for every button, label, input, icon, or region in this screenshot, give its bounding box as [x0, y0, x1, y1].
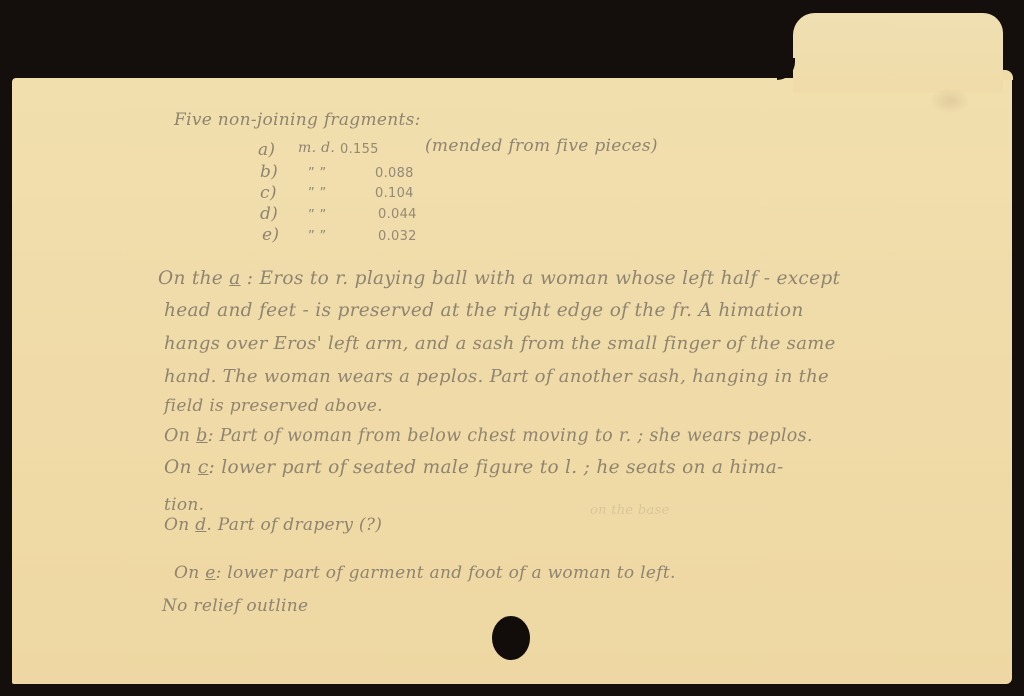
fragment-key: d [195, 515, 206, 535]
description-line: hangs over Eros' left arm, and a sash fr… [164, 333, 836, 354]
fragment-dim: ” ” [308, 186, 327, 201]
fragment-label: e) [262, 225, 279, 245]
description-line: On d. Part of drapery (?) [164, 515, 382, 535]
fragment-key: e [205, 563, 215, 583]
tab-shoulder [1001, 70, 1013, 80]
fragment-note: (mended from five pieces) [425, 136, 658, 156]
description-line: hand. The woman wears a peplos. Part of … [164, 366, 829, 387]
description-line: On b: Part of woman from below chest mov… [164, 426, 813, 446]
erased-trace: on the base [590, 503, 670, 518]
fragment-dim: ” ” [308, 166, 327, 181]
fragment-key: a [229, 268, 240, 289]
description-line: No relief outline [162, 596, 308, 616]
fragment-key: c [198, 457, 209, 478]
fragment-label: c) [260, 183, 277, 203]
card-tab [793, 13, 1003, 93]
fragment-value: 0.155 [340, 142, 379, 157]
description-line: On e: lower part of garment and foot of … [174, 563, 676, 583]
fragment-value: 0.032 [378, 229, 417, 244]
punch-hole [492, 616, 530, 660]
fragment-label: d) [260, 204, 278, 224]
fragment-dim: m. d. [298, 140, 335, 156]
description-line: tion. [164, 495, 204, 515]
description-line: On c: lower part of seated male figure t… [164, 457, 784, 478]
fragment-dim: ” ” [308, 208, 327, 223]
stain-mark [930, 88, 970, 114]
description-line: On the a : Eros to r. playing ball with … [158, 268, 840, 289]
fragment-value: 0.088 [375, 166, 414, 181]
description-line: head and feet - is preserved at the righ… [164, 300, 804, 321]
fragment-label: b) [260, 162, 278, 182]
fragment-value: 0.044 [378, 207, 417, 222]
heading: Five non-joining fragments: [174, 110, 421, 130]
fragment-key: b [196, 426, 208, 446]
fragment-value: 0.104 [375, 186, 414, 201]
description-line: field is preserved above. [164, 396, 383, 416]
fragment-label: a) [258, 140, 275, 160]
fragment-dim: ” ” [308, 229, 327, 244]
